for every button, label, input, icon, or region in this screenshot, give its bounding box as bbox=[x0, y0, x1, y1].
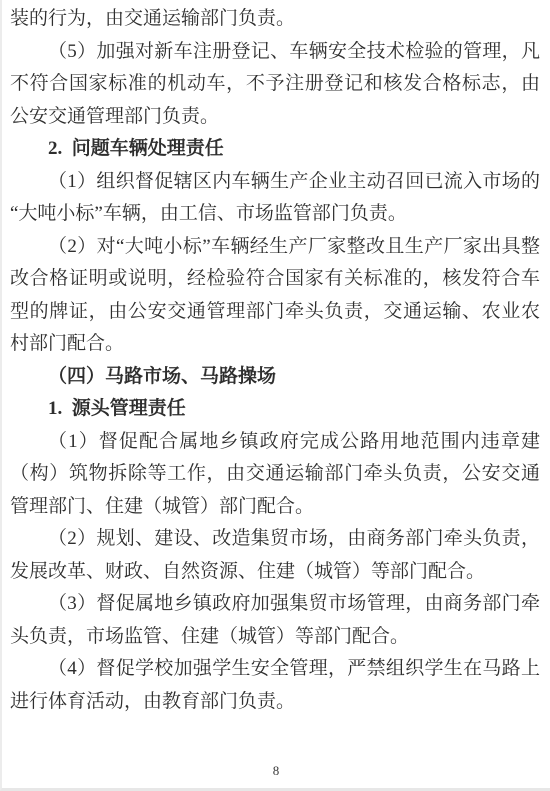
body-paragraph: （1）督促配合属地乡镇政府完成公路用地范围内违章建（构）筑物拆除等工作，由交通运… bbox=[10, 426, 540, 524]
body-paragraph: （1）组织督促辖区内车辆生产企业主动召回已流入市场的“大吨小标”车辆，由工信、市… bbox=[10, 166, 540, 231]
body-paragraph: （2）对“大吨小标”车辆经生产厂家整改且生产厂家出具整改合格证明或说明，经检验符… bbox=[10, 231, 540, 361]
numbered-heading: 1. 源头管理责任 bbox=[10, 393, 540, 426]
numbered-heading: 2. 问题车辆处理责任 bbox=[10, 133, 540, 166]
page-number: 8 bbox=[2, 763, 550, 779]
body-paragraph: （2）规划、建设、改造集贸市场，由商务部门牵头负责，发展改革、财政、自然资源、住… bbox=[10, 523, 540, 588]
section-heading: （四）马路市场、马路操场 bbox=[10, 361, 540, 394]
body-paragraph: （3）督促属地乡镇政府加强集贸市场管理，由商务部门牵头负责，市场监管、住建（城管… bbox=[10, 588, 540, 653]
document-page: 装的行为，由交通运输部门负责。 （5）加强对新车注册登记、车辆安全技术检验的管理… bbox=[0, 0, 550, 791]
body-paragraph: （5）加强对新车注册登记、车辆安全技术检验的管理，凡不符合国家标准的机动车，不予… bbox=[10, 36, 540, 134]
body-paragraph: （4）督促学校加强学生安全管理，严禁组织学生在马路上进行体育活动，由教育部门负责… bbox=[10, 653, 540, 718]
body-paragraph: 装的行为，由交通运输部门负责。 bbox=[10, 3, 540, 36]
